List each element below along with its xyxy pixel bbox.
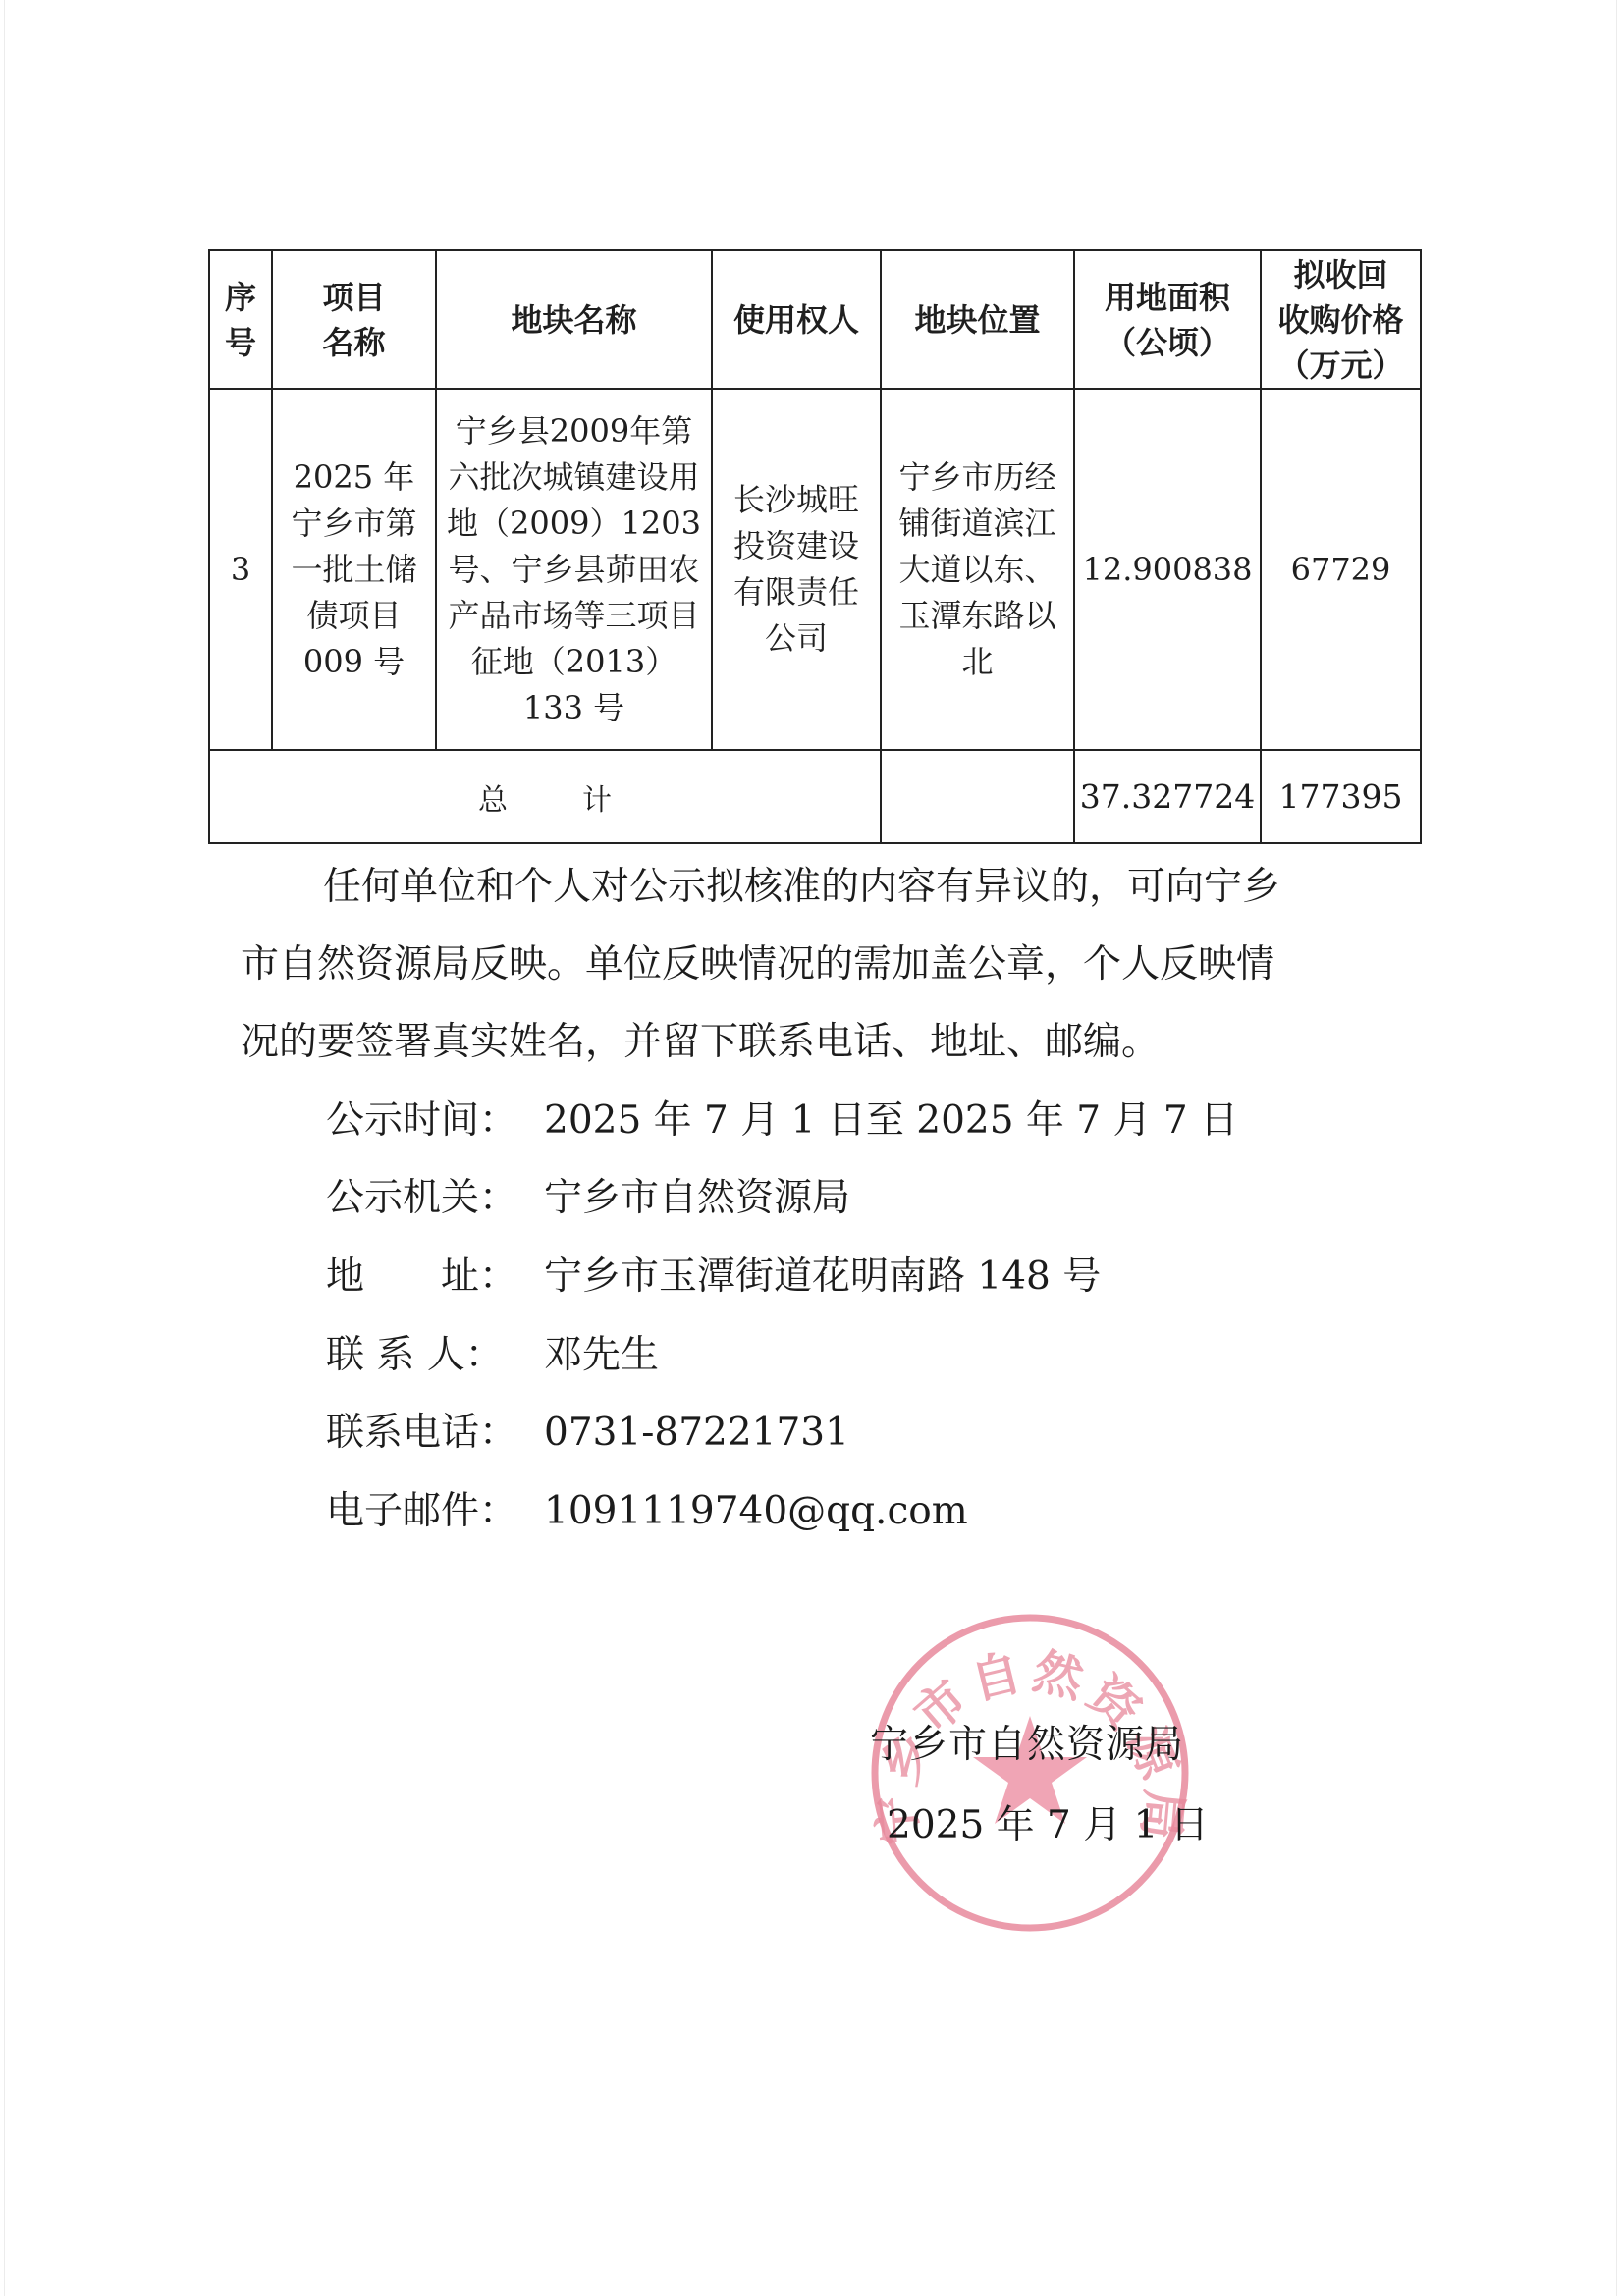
cell-area: 12.900838	[1074, 389, 1261, 750]
header-location: 地块位置	[881, 250, 1074, 389]
cell-project-name: 2025 年宁乡市第一批土储债项目009 号	[272, 389, 436, 750]
cell-price: 67729	[1261, 389, 1421, 750]
total-empty-cell	[881, 750, 1074, 843]
header-index: 序号	[209, 250, 272, 389]
info-email: 电子邮件：1091119740@qq.com	[326, 1482, 968, 1541]
total-label: 总计	[209, 750, 881, 843]
total-price: 177395	[1261, 750, 1421, 843]
info-publicity-period: 公示时间：2025 年 7 月 1 日至 2025 年 7 月 7 日	[326, 1092, 1238, 1150]
header-price: 拟收回收购价格（万元）	[1261, 250, 1421, 389]
cell-parcel-name: 宁乡县2009年第六批次城镇建设用地（2009）1203号、宁乡县茆田农产品市场…	[436, 389, 712, 750]
land-acquisition-table: 序号 项目名称 地块名称 使用权人 地块位置 用地面积（公顷） 拟收回收购价格（…	[208, 249, 1422, 844]
signature-organization: 宁乡市自然资源局	[870, 1716, 1184, 1775]
cell-index: 3	[209, 389, 272, 750]
signature-date: 2025 年 7 月 1 日	[887, 1796, 1209, 1855]
objection-paragraph-line-3: 况的要签署真实姓名，并留下联系电话、地址、邮编。	[241, 1003, 1409, 1081]
scan-edge	[1616, 0, 1617, 2296]
info-publicity-authority: 公示机关：宁乡市自然资源局	[326, 1169, 850, 1228]
scan-edge	[4, 0, 5, 2296]
info-address: 地 址：宁乡市玉潭街道花明南路 148 号	[326, 1248, 1101, 1307]
header-area: 用地面积（公顷）	[1074, 250, 1261, 389]
header-parcel-name: 地块名称	[436, 250, 712, 389]
header-project-name: 项目名称	[272, 250, 436, 389]
cell-right-holder: 长沙城旺投资建设有限责任公司	[712, 389, 881, 750]
email-link: 1091119740@qq.com	[544, 1482, 968, 1541]
info-phone: 联系电话：0731-87221731	[326, 1404, 849, 1463]
table-row: 3 2025 年宁乡市第一批土储债项目009 号 宁乡县2009年第六批次城镇建…	[209, 389, 1421, 750]
header-right-holder: 使用权人	[712, 250, 881, 389]
total-area: 37.327724	[1074, 750, 1261, 843]
cell-location: 宁乡市历经铺街道滨江大道以东、玉潭东路以北	[881, 389, 1074, 750]
info-contact-person: 联 系 人：邓先生	[326, 1326, 659, 1385]
table-total-row: 总计 37.327724 177395	[209, 750, 1421, 843]
objection-paragraph-line-1: 任何单位和个人对公示拟核准的内容有异议的，可向宁乡	[241, 848, 1409, 926]
table-header-row: 序号 项目名称 地块名称 使用权人 地块位置 用地面积（公顷） 拟收回收购价格（…	[209, 250, 1421, 389]
objection-paragraph-line-2: 市自然资源局反映。单位反映情况的需加盖公章，个人反映情	[241, 926, 1409, 1003]
